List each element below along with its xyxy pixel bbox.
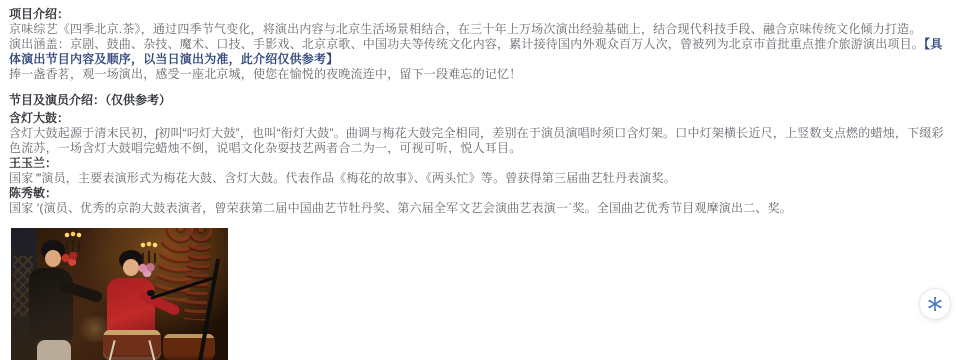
project-intro-section: 项目介绍： 京味综艺《四季北京.茶》，通过四季节气变化，将演出内容与北京生活场景…	[9, 7, 948, 82]
program-item-chen-xiumin: 陈秀敏： 国家 ′(演员、优秀的京韵大鼓表演者，曾荣获第二届中国曲艺节牡丹奖、第…	[9, 186, 948, 216]
performer-name: 王玉兰：	[9, 156, 948, 171]
performer-name: 陈秀敏：	[9, 186, 948, 201]
project-intro-heading: 项目介绍：	[9, 7, 948, 22]
photo-left-performer-body	[29, 268, 73, 340]
photo-microphone-head	[147, 290, 155, 296]
program-item-title: 含灯大鼓：	[9, 111, 948, 126]
description-page: 项目介绍： 京味综艺《四季北京.茶》，通过四季节气变化，将演出内容与北京生活场景…	[0, 0, 957, 216]
photo-red-flower-lamp	[59, 250, 81, 266]
project-intro-paragraph-3: 捧一盏香茗，观一场演出，感受一座北京城，使您在愉悦的夜晚流连中，留下一段难忘的记…	[9, 67, 948, 82]
photo-pink-flower-lamp	[135, 261, 157, 277]
performance-photo	[11, 228, 228, 360]
performer-bio: 国家 ′(演员、优秀的京韵大鼓表演者，曾荣获第二届中国曲艺节牡丹奖、第六届全军文…	[9, 201, 948, 216]
project-intro-text-2: 演出涵盖：京剧、鼓曲、杂技、魔术、口技、手影戏、北京京歌、中国功夫等传统文化内容…	[9, 37, 924, 51]
project-intro-paragraph-2: 演出涵盖：京剧、鼓曲、杂技、魔术、口技、手影戏、北京京歌、中国功夫等传统文化内容…	[9, 37, 948, 67]
photo-right-candle-flames	[139, 241, 159, 249]
project-intro-text-3: 捧一盏香茗，观一场演出，感受一座北京城，使您在愉悦的夜晚流连中，留下一段难忘的记…	[9, 67, 521, 81]
photo-background-musician	[37, 340, 71, 360]
project-intro-paragraph-1: 京味综艺《四季北京.茶》，通过四季节气变化，将演出内容与北京生活场景相结合，在三…	[9, 22, 948, 37]
program-item-handeng-dagu: 含灯大鼓： 含灯大鼓起源于清末民初，ʃ初叫“叼灯大鼓”，也叫“衔灯大鼓”。曲调与…	[9, 111, 948, 156]
program-item-text: 含灯大鼓起源于清末民初，ʃ初叫“叼灯大鼓”，也叫“衔灯大鼓”。曲调与梅花大鼓完全…	[9, 126, 948, 156]
program-heading: 节目及演员介绍：（仅供参考）	[9, 93, 948, 108]
snowflake-asterisk-icon	[927, 296, 943, 312]
photo-left-candle-flames	[63, 231, 83, 239]
program-item-wang-yulan: 王玉兰： 国家 ‴演员，主要表演形式为梅花大鼓、含灯大鼓。代表作品《梅花的故事》…	[9, 156, 948, 186]
photo-drum-right	[163, 334, 215, 360]
floating-widget-button[interactable]	[919, 288, 951, 320]
program-section: 节目及演员介绍：（仅供参考） 含灯大鼓： 含灯大鼓起源于清末民初，ʃ初叫“叼灯大…	[9, 93, 948, 216]
performer-bio: 国家 ‴演员，主要表演形式为梅花大鼓、含灯大鼓。代表作品《梅花的故事》、《两头忙…	[9, 171, 948, 186]
project-intro-text-1: 京味综艺《四季北京.茶》，通过四季节气变化，将演出内容与北京生活场景相结合，在三…	[9, 22, 922, 36]
